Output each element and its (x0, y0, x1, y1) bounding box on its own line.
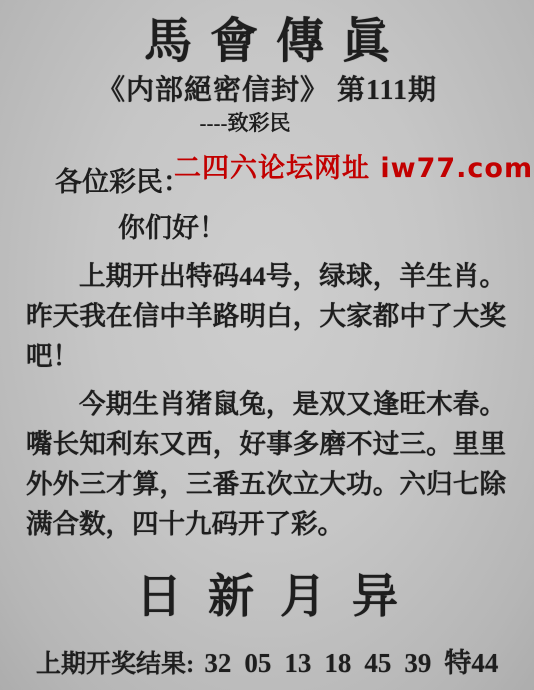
salutation: 各位彩民： (55, 160, 190, 199)
result-number: 45 (364, 648, 391, 678)
fax-content: 馬會傳眞 《内部絕密信封》 第111期 ----致彩民 各位彩民： 二四六论坛网… (0, 0, 534, 682)
fax-document: 馬會傳眞 《内部絕密信封》 第111期 ----致彩民 各位彩民： 二四六论坛网… (0, 0, 534, 690)
result-number: 39 (404, 648, 431, 678)
site-watermark: 二四六论坛网址 iw77.com (174, 146, 533, 185)
paragraph-tips: 今期生肖猪鼠兔，是双又逢旺木春。嘴长知利东又西，好事多磨不过三。里里外外三才算，… (26, 384, 506, 544)
result-number: 18 (324, 648, 351, 678)
issue-line: 《内部絕密信封》 第111期 (0, 72, 534, 110)
results-line: 上期开奖结果:320513184539特44 (36, 646, 534, 682)
special-number: 特44 (444, 648, 498, 678)
greeting: 你们好！ (118, 210, 534, 246)
page-title: 馬會傳眞 (0, 12, 534, 72)
result-number: 05 (244, 648, 271, 678)
slogan: 日新月异 (0, 568, 534, 626)
result-number: 32 (204, 648, 231, 678)
result-number: 13 (284, 648, 311, 678)
results-label: 上期开奖结果: (36, 651, 194, 678)
paragraph-last-draw: 上期开出特码44号，绿球，羊生肖。昨天我在信中羊路明白，大家都中了大奖吧！ (26, 256, 506, 376)
salutation-row: 各位彩民： 二四六论坛网址 iw77.com (0, 150, 534, 206)
dedication-line: ----致彩民 (0, 110, 512, 136)
result-numbers: 320513184539 (204, 651, 444, 678)
